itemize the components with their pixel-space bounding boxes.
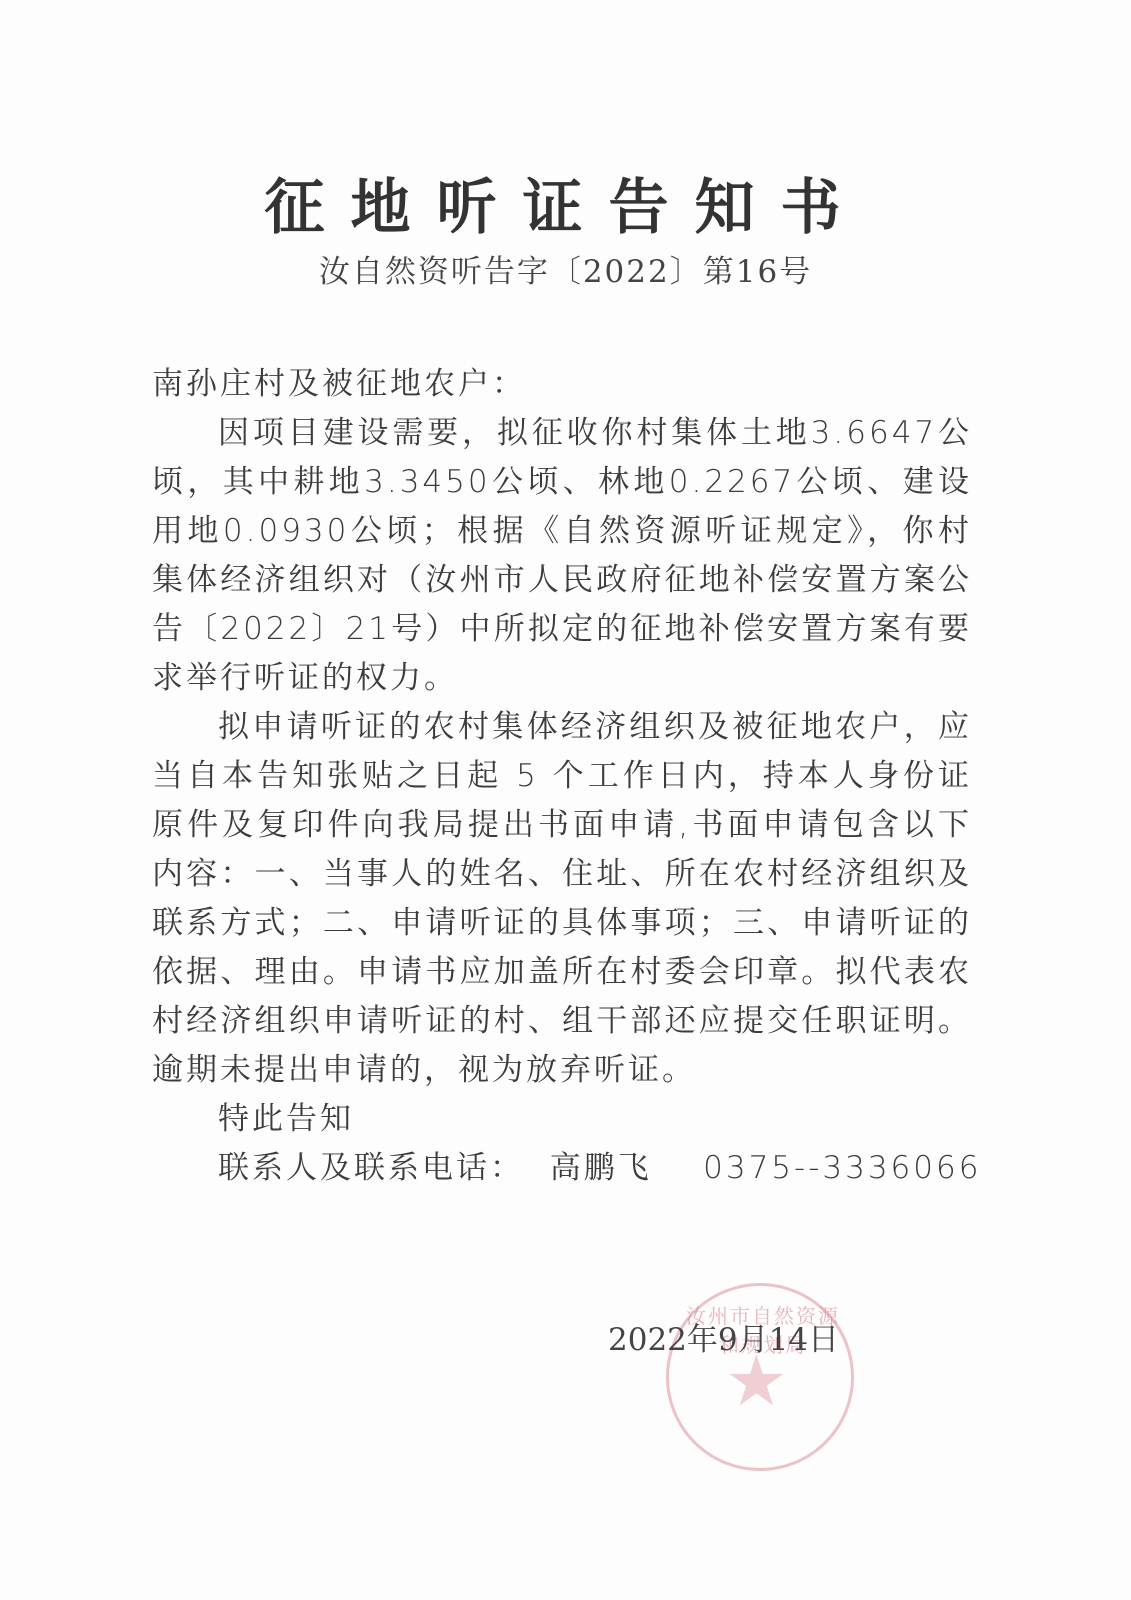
closing-notice: 特此告知 bbox=[218, 1095, 972, 1144]
paragraph-hearing-application: 拟申请听证的农村集体经济组织及被征地农户，应当自本告知张贴之日起 5 个工作日内… bbox=[152, 703, 972, 1095]
issue-date: 2022年9月14日 bbox=[608, 1314, 839, 1359]
salutation: 南孙庄村及被征地农户： bbox=[152, 360, 972, 409]
paragraph-land-acquisition: 因项目建设需要，拟征收你村集体土地3.6647公顷，其中耕地3.3450公顷、林… bbox=[152, 409, 972, 703]
document-body: 南孙庄村及被征地农户： 因项目建设需要，拟征收你村集体土地3.6647公顷，其中… bbox=[152, 360, 972, 1193]
document-title: 征地听证告知书 bbox=[0, 160, 1131, 246]
document-number: 汝自然资听告字〔2022〕第16号 bbox=[0, 246, 1131, 291]
official-seal-stamp: 汝州市自然资源和规划局 bbox=[666, 1283, 854, 1471]
contact-info: 联系人及联系电话： 高鹏飞 0375--3336066 bbox=[218, 1144, 972, 1193]
